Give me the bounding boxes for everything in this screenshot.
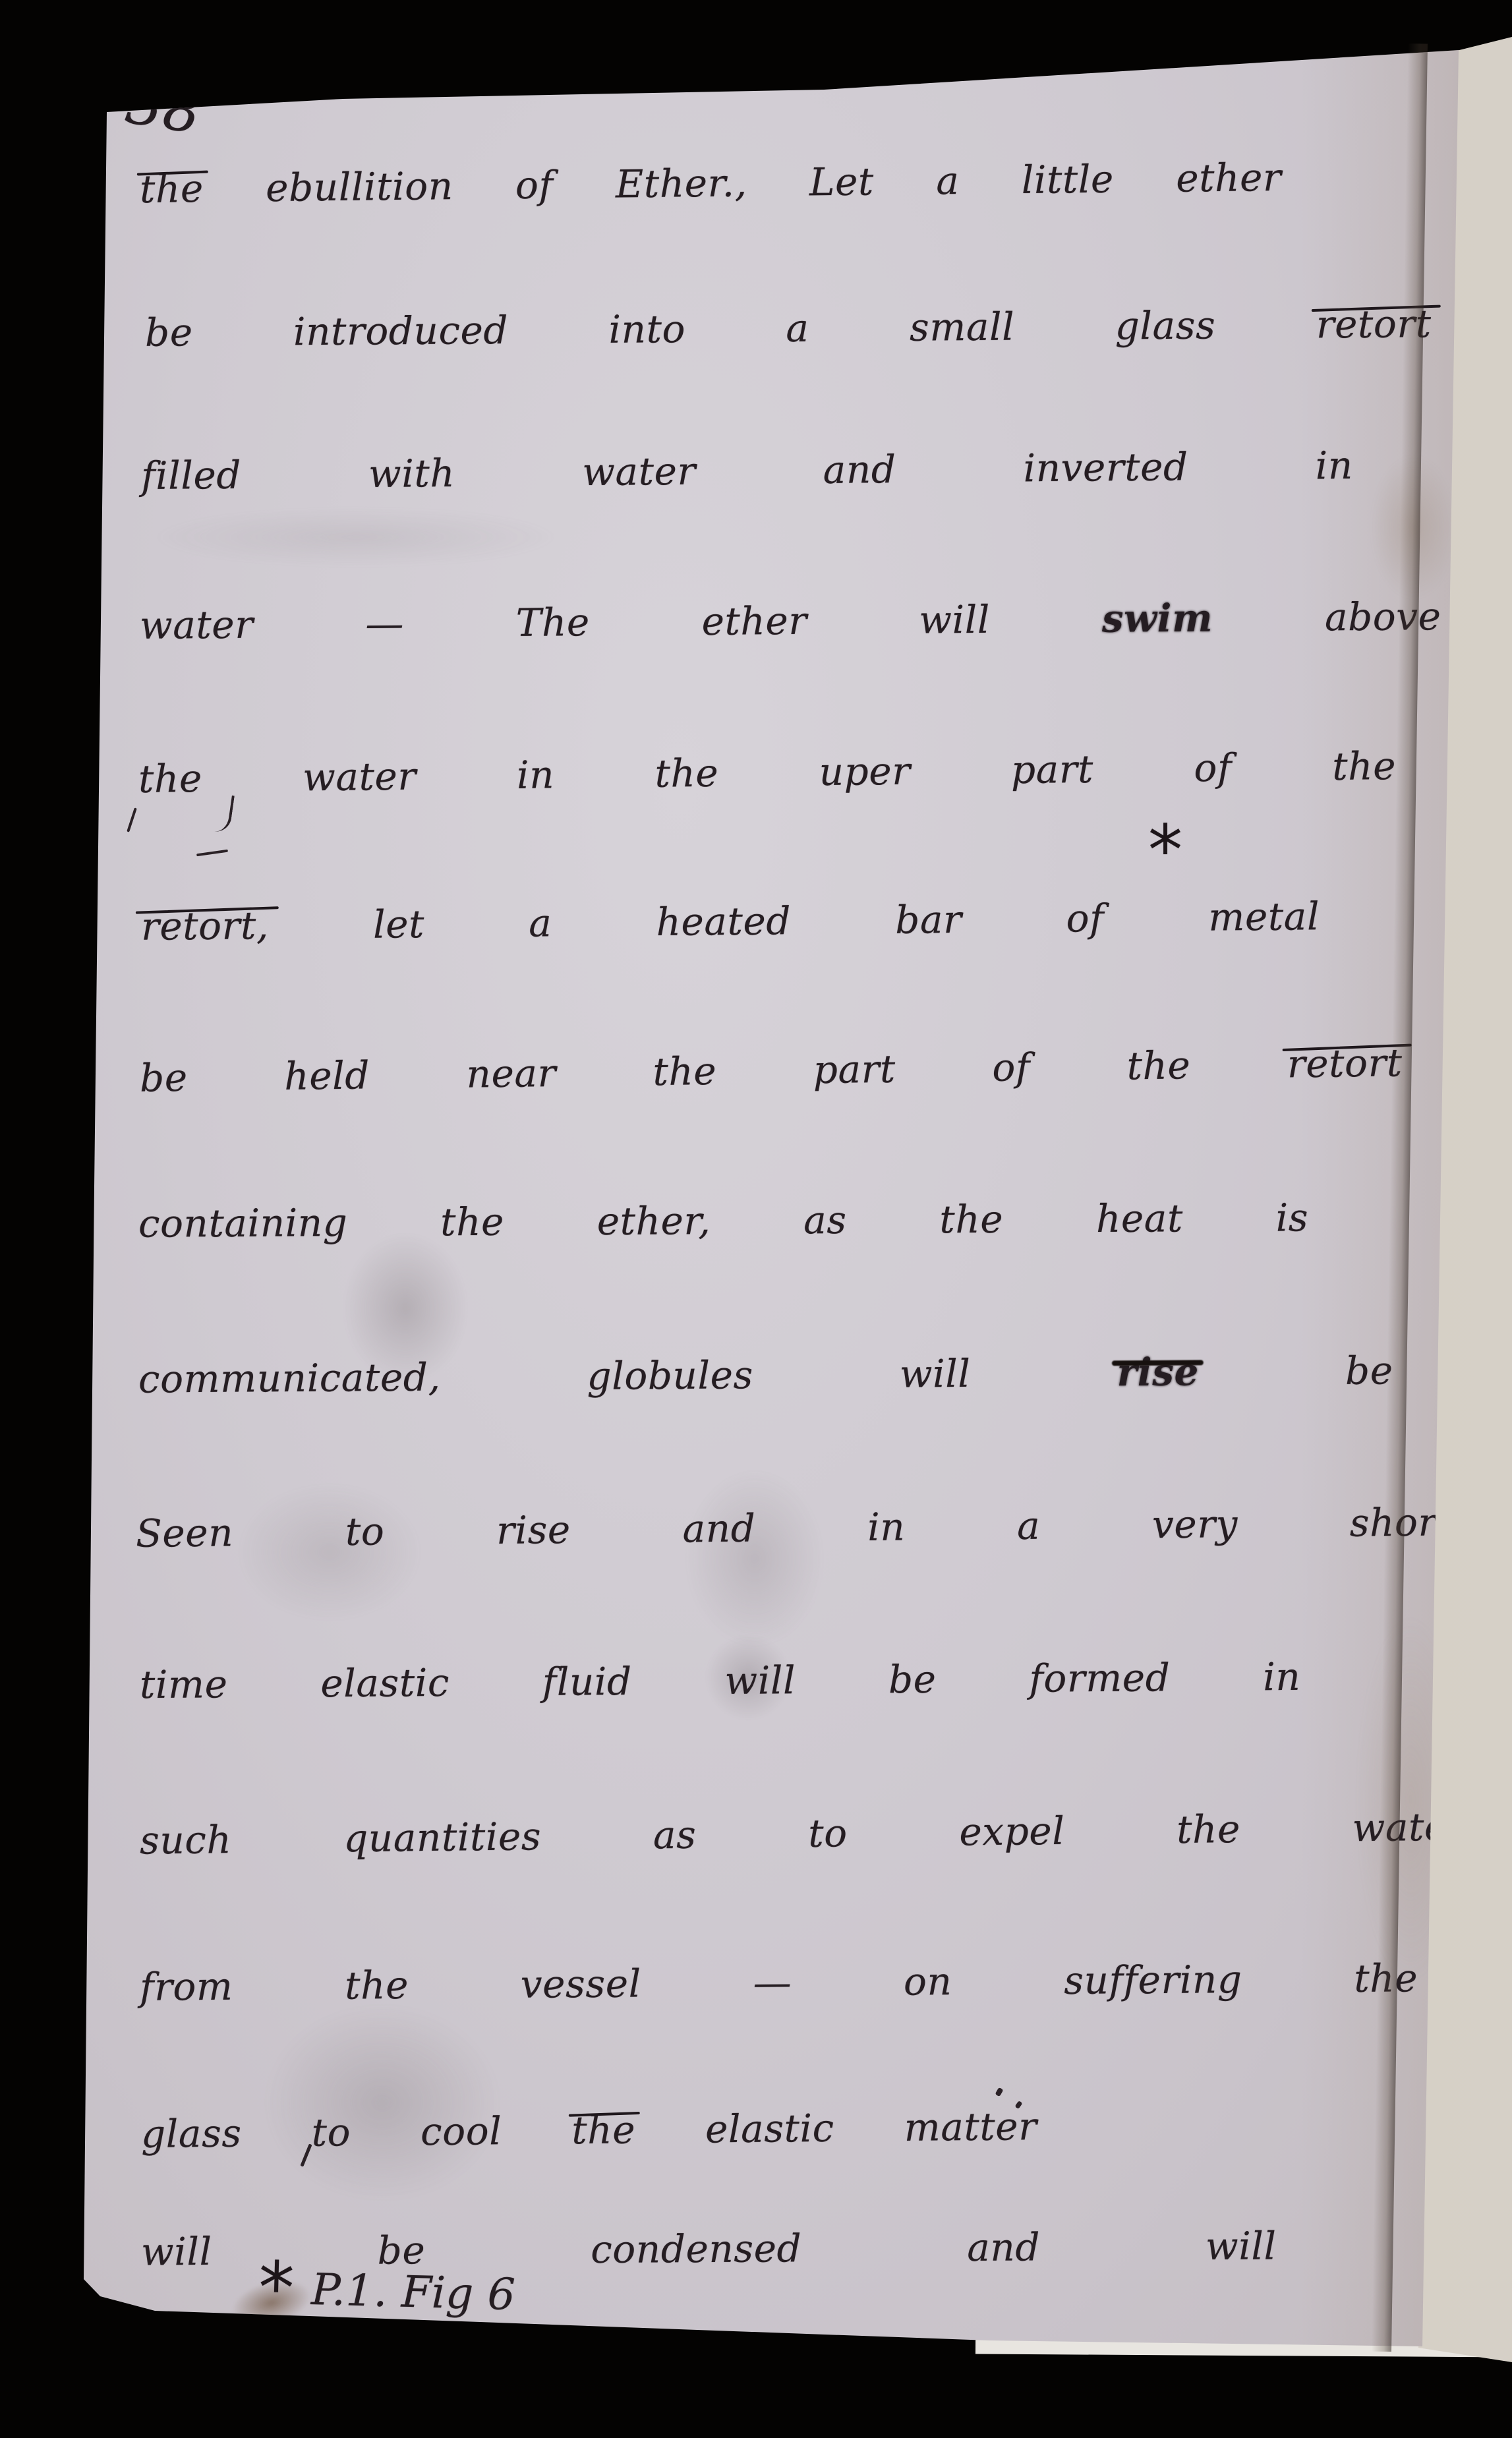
handwriting-line: time elastic fluid will be formed in bbox=[140, 1646, 1301, 1716]
word-segment: be introduced into a small glass bbox=[145, 295, 1216, 363]
handwriting-line: the ebullition of Ether., Let a little e… bbox=[140, 147, 1282, 220]
word-segment: the bbox=[140, 158, 204, 220]
word-segment: be held near the part of the bbox=[140, 1035, 1191, 1109]
word-segment: such quantities as to expel the water bbox=[140, 1796, 1467, 1871]
page-number: 38 bbox=[122, 69, 206, 148]
handwriting-line: retort, let a heated bar of metal bbox=[141, 886, 1320, 957]
handwriting-line: be held near the part of the retort bbox=[140, 1032, 1403, 1109]
ink-smudge bbox=[152, 508, 560, 567]
footnote-asterisk-mark: * bbox=[258, 2256, 295, 2321]
handwriting-line: Seen to rise and in a very short bbox=[136, 1492, 1453, 1564]
word-segment: glass to cool bbox=[141, 2101, 502, 2165]
handwriting-line: glass to cool the elastic matter bbox=[141, 2096, 1037, 2165]
word-segment: time elastic fluid will be formed in bbox=[140, 1646, 1301, 1716]
handwriting-line: from the vessel — on suffering the bbox=[140, 1948, 1418, 2017]
word-segment-overwritten: swim bbox=[1101, 588, 1213, 650]
word-segment: retort bbox=[1287, 1032, 1403, 1095]
manuscript-page: 38 the ebullition of Ether., Let a littl… bbox=[0, 0, 1512, 2438]
handwriting-line: filled with water and inverted in bbox=[141, 435, 1354, 507]
word-segment: Seen to rise and in a very short bbox=[136, 1492, 1453, 1564]
word-segment: ebullition of Ether., bbox=[266, 152, 747, 218]
word-segment: let a heated bar of metal bbox=[373, 886, 1320, 955]
handwriting-line: water — The ether will swim above bbox=[140, 586, 1441, 656]
margin-asterisk-mark: * bbox=[1148, 816, 1183, 885]
word-segment: above bbox=[1325, 586, 1441, 648]
footnote-text: P.1. Fig 6 bbox=[310, 2257, 516, 2320]
word-segment: filled with water and inverted in bbox=[141, 435, 1354, 507]
handwriting-line: communicated, globules will rise be bbox=[138, 1340, 1393, 1410]
word-segment-crossed-out: rise bbox=[1117, 1341, 1199, 1403]
stray-mark bbox=[995, 2087, 1004, 2097]
scanned-manuscript-photo: { "doc": { "page_number": "38", "lines":… bbox=[0, 0, 1512, 2438]
word-segment: Let a little ether bbox=[809, 147, 1281, 213]
stray-mark bbox=[196, 850, 228, 857]
word-segment: containing the ether, as the heat is bbox=[138, 1187, 1309, 1254]
word-segment: elastic matter bbox=[705, 2096, 1037, 2160]
word-segment: communicated, globules will bbox=[138, 1343, 971, 1410]
word-segment: water — The ether will bbox=[140, 589, 991, 656]
handwriting-line: be introduced into a small glass retort bbox=[145, 293, 1432, 363]
footnote: * P.1. Fig 6 bbox=[258, 2256, 516, 2327]
word-segment: from the vessel — on suffering the bbox=[140, 1948, 1418, 2017]
handwriting-line: such quantities as to expel the water bbox=[140, 1796, 1467, 1871]
word-segment: the bbox=[571, 2099, 636, 2161]
handwriting-line: containing the ether, as the heat is bbox=[138, 1187, 1309, 1254]
handwriting-line: the water in the uper part of the bbox=[138, 736, 1397, 810]
word-segment: retort, bbox=[141, 895, 270, 957]
stray-mark bbox=[210, 793, 235, 834]
stray-mark bbox=[127, 807, 137, 832]
word-segment: the water in the uper part of the bbox=[138, 736, 1397, 810]
